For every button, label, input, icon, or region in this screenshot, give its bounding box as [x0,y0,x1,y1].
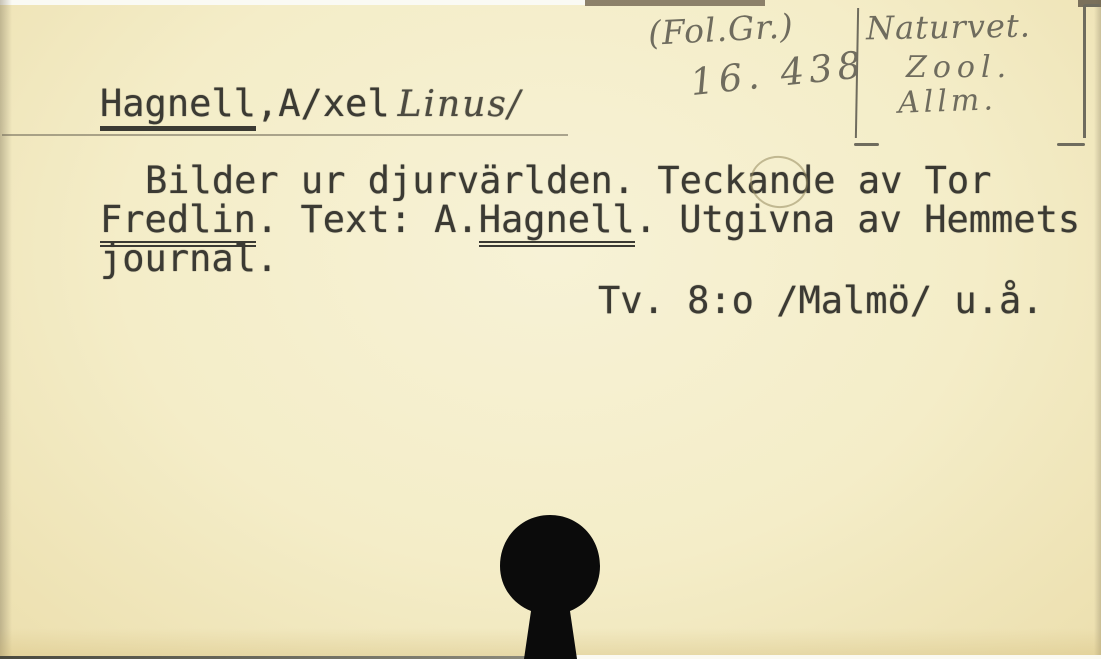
ruled-divider-line [2,134,568,136]
imprint-line: Tv. 8:o /Malmö/ u.å. [598,281,1044,321]
scan-edge-top-shadow [585,0,765,6]
format-note: (Fol.Gr.) [647,6,795,53]
scan-edge-top [0,0,585,5]
heading-author: Hagnell,A/xelLinus/ [100,84,522,125]
bracket-dash-bottom-right [1057,143,1085,146]
keyhole-punch-hole [499,514,601,659]
author-surname: Hagnell [100,82,256,131]
title-line-1: Bilder ur djurvärlden. Teckande av Tor [145,161,991,201]
classification-line-2: Zool. [906,50,1012,85]
author-handwritten-forename: Linus/ [398,85,522,125]
scan-edge-left [0,0,12,659]
author-typed-rest: ,A/xel [256,82,390,125]
classification-line-1: Naturvet. [866,7,1032,48]
publisher-text: . Utgivna av Hemmets [635,198,1081,241]
title-line-2: Fredlin. Text: A.Hagnell. Utgivna av Hem… [100,200,1080,240]
bracket-dash-top-right [1084,4,1100,7]
scan-edge-bottom-white-line [575,655,1101,659]
statement-text: . Text: A. [256,198,479,241]
catalog-card-scan: Hagnell,A/xelLinus/ Bilder ur djurvärlde… [0,0,1101,659]
accession-number: 16. 438 [688,43,868,104]
bracket-dash-bottom-left [854,143,879,146]
index-card: Hagnell,A/xelLinus/ Bilder ur djurvärlde… [0,0,1101,659]
scan-edge-right [1094,0,1101,659]
classification-line-3: Allm. [897,82,997,120]
author-name-in-text: Hagnell [479,198,635,247]
classification-bracket-right [1083,5,1086,138]
title-line-3: journal. [100,239,278,279]
